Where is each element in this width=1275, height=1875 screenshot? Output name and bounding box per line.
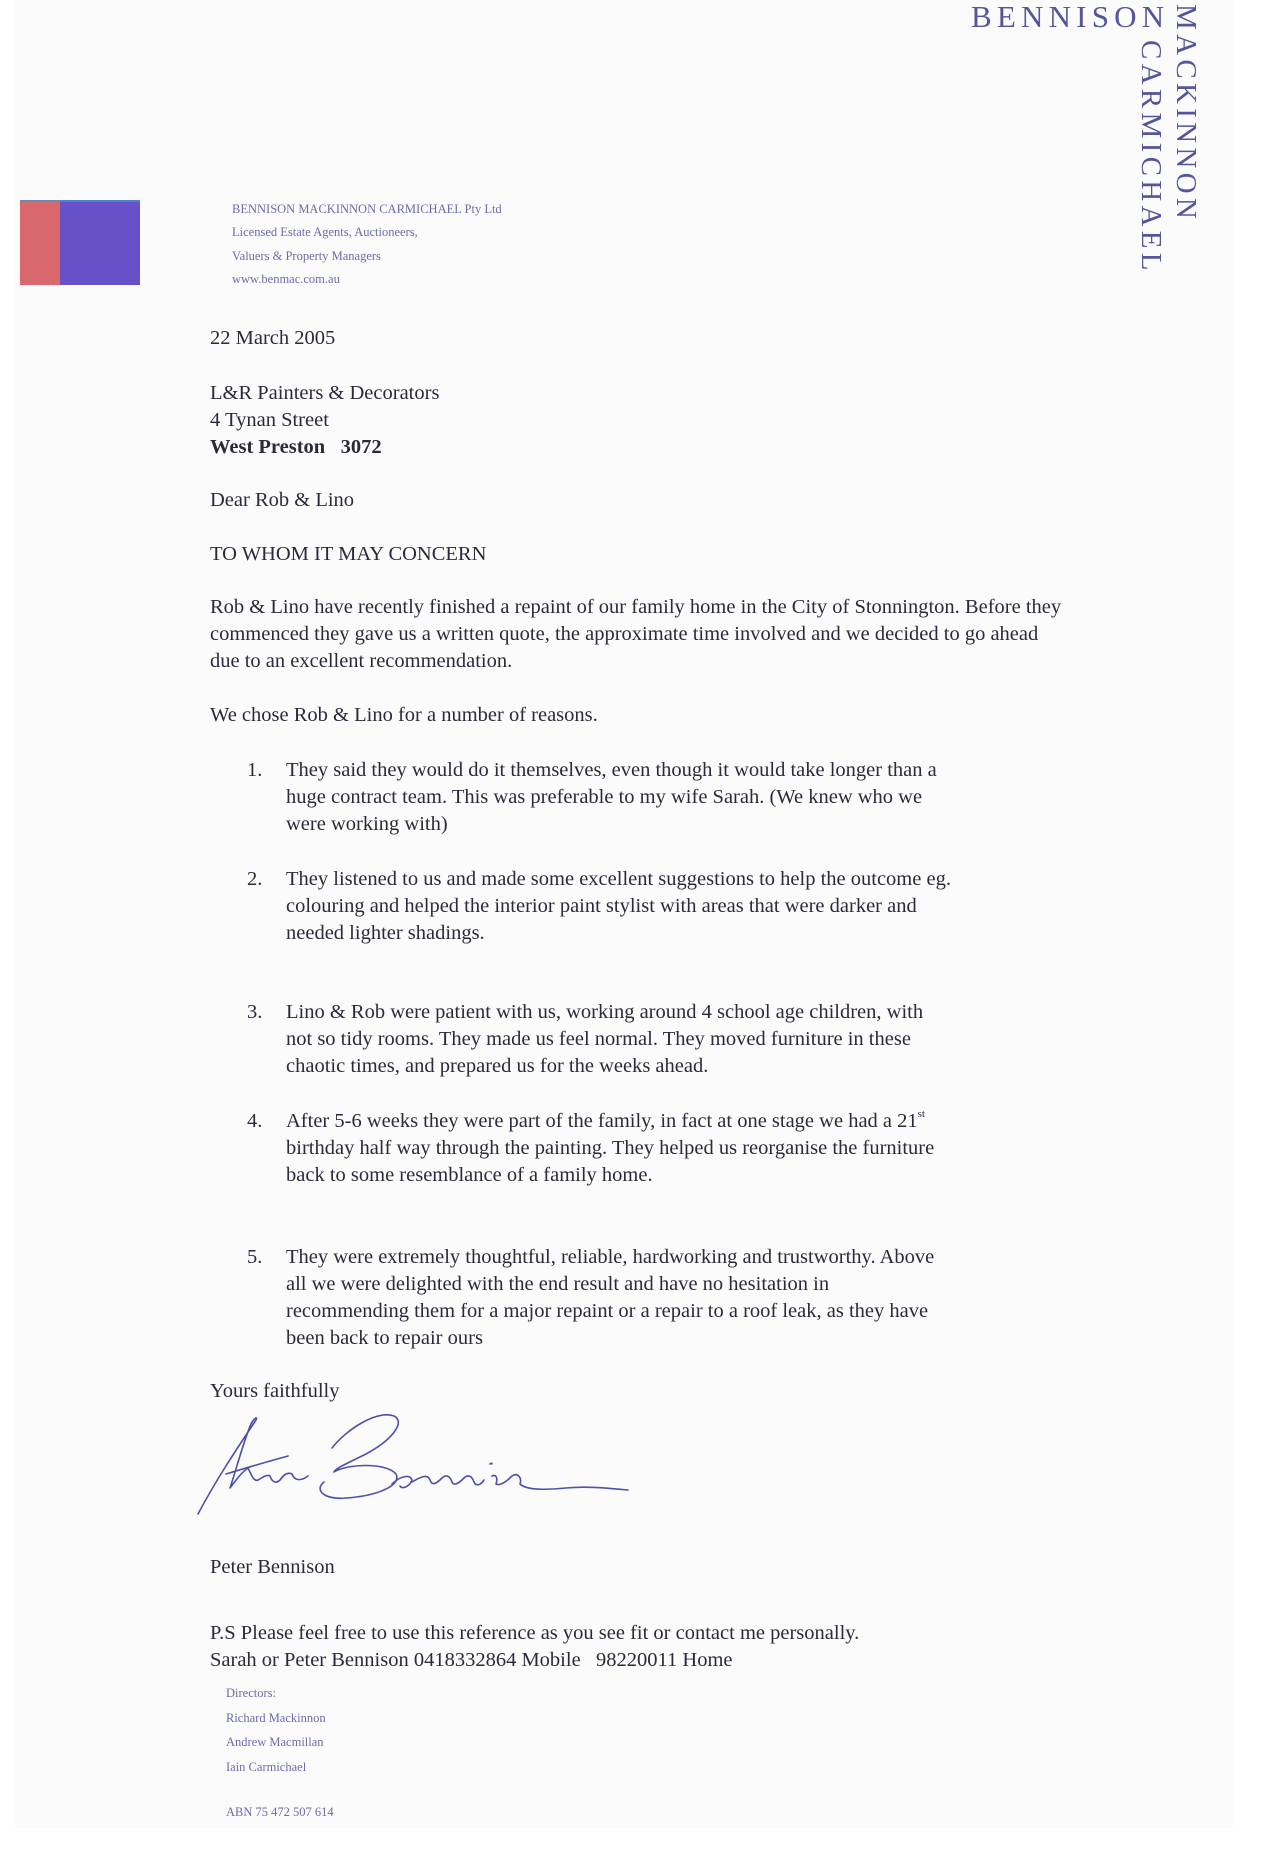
logo-red-block (20, 200, 60, 285)
letterhead-company: BENNISON MACKINNON CARMICHAEL Pty Ltd (232, 198, 502, 221)
recipient-name: L&R Painters & Decorators (210, 380, 439, 407)
list-item-text: They were extremely thoughtful, reliable… (286, 1244, 1086, 1352)
directors-block: Directors: Richard Mackinnon Andrew Macm… (226, 1681, 326, 1779)
directors-label: Directors: (226, 1681, 326, 1706)
reasons-intro: We chose Rob & Lino for a number of reas… (210, 702, 598, 729)
postscript-line-1: P.S Please feel free to use this referen… (210, 1620, 859, 1647)
signature-icon (196, 1410, 636, 1518)
list-item-text-part: birthday half way through the painting. … (286, 1137, 934, 1186)
director-name: Richard Mackinnon (226, 1706, 326, 1731)
letterhead-services-2: Valuers & Property Managers (232, 245, 502, 268)
letterhead-website: www.benmac.com.au (232, 268, 502, 291)
letterhead: BENNISON MACKINNON CARMICHAEL Pty Ltd Li… (232, 198, 502, 291)
list-item-number: 3. (247, 999, 262, 1026)
list-item-number: 4. (247, 1108, 262, 1135)
list-item-number: 1. (247, 757, 262, 784)
intro-paragraph: Rob & Lino have recently finished a repa… (210, 594, 1070, 675)
salutation: Dear Rob & Lino (210, 487, 354, 514)
letter-date: 22 March 2005 (210, 325, 335, 352)
list-item-text: They said they would do it themselves, e… (286, 757, 1086, 838)
brand-wordmark-mackinnon: MACKINNON (1176, 4, 1196, 223)
list-item-number: 5. (247, 1244, 262, 1271)
list-item-text: Lino & Rob were patient with us, working… (286, 999, 1086, 1080)
brand-wordmark-carmichael: CARMICHAEL (1141, 40, 1161, 275)
director-name: Andrew Macmillan (226, 1730, 326, 1755)
signatory-name: Peter Bennison (210, 1554, 335, 1581)
subject-line: TO WHOM IT MAY CONCERN (210, 541, 486, 568)
logo-top-line (20, 200, 140, 202)
closing: Yours faithfully (210, 1378, 339, 1405)
director-name: Iain Carmichael (226, 1755, 326, 1780)
list-item-text: They listened to us and made some excell… (286, 866, 1086, 947)
ordinal-suffix: st (918, 1108, 925, 1120)
postscript-contact-line: Sarah or Peter Bennison 0418332864 Mobil… (210, 1647, 733, 1674)
list-item-text: After 5-6 weeks they were part of the fa… (286, 1108, 1086, 1189)
recipient-suburb-postcode: West Preston 3072 (210, 434, 382, 461)
list-item-number: 2. (247, 866, 262, 893)
list-item-text-part: After 5-6 weeks they were part of the fa… (286, 1110, 918, 1132)
company-logo-icon (20, 200, 140, 285)
abn-number: ABN 75 472 507 614 (226, 1805, 334, 1820)
logo-purple-block (60, 200, 140, 285)
letterhead-services-1: Licensed Estate Agents, Auctioneers, (232, 221, 502, 244)
recipient-street: 4 Tynan Street (210, 407, 329, 434)
brand-wordmark-bennison: BENNISON (971, 0, 1169, 34)
